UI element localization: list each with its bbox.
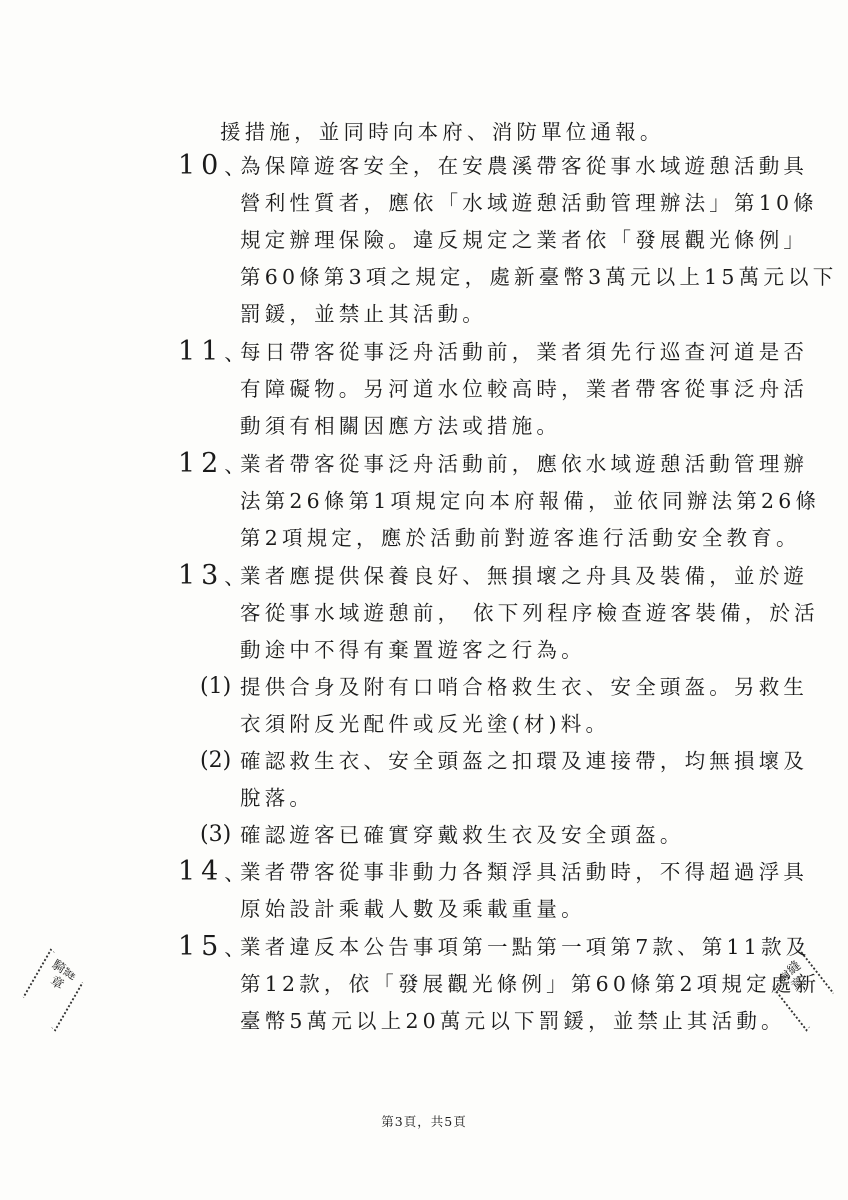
subitem-number: (2): [200, 747, 231, 775]
item-line: 法第26條第1項規定向本府報備，並依同辦法第26條: [240, 487, 820, 515]
subitem-number: (3): [200, 821, 231, 849]
item-line: 有障礙物。另河道水位較高時，業者帶客從事泛舟活: [240, 375, 808, 403]
item-line: 業者帶客從事泛舟活動前，應依水域遊憩活動管理辦: [240, 450, 808, 478]
subitem-line: 脫落。: [240, 784, 314, 812]
document-page: 援措施，並同時向本府、消防單位通報。 10、 為保障遊客安全，在安農溪帶客從事水…: [0, 0, 848, 1200]
item-line: 業者應提供保養良好、無損壞之舟具及裝備，並於遊: [240, 562, 808, 590]
subitem-line: 衣須附反光配件或反光塗(材)料。: [240, 710, 610, 738]
subitem-line: 確認遊客已確實穿戴救生衣及安全頭盔。: [240, 821, 685, 849]
item-line: 客從事水域遊憩前， 依下列程序檢查遊客裝備，於活: [240, 599, 819, 627]
subitem-line: 確認救生衣、安全頭盔之扣環及連接帶，均無損壞及: [240, 747, 808, 775]
item-line: 業者帶客從事非動力各類浮具活動時，不得超過浮具: [240, 858, 808, 886]
continuation-text: 援措施，並同時向本府、消防單位通報。: [220, 118, 665, 146]
page-footer: 第3頁，共5頁: [0, 1112, 848, 1130]
item-line: 原始設計乘載人數及乘載重量。: [240, 895, 586, 923]
item-line: 營利性質者，應依「水域遊憩活動管理辦法」第10條: [240, 189, 818, 217]
item-line: 第12款，依「發展觀光條例」第60條第2項規定處新: [240, 970, 820, 998]
item-line: 第60條第3項之規定，處新臺幣3萬元以上15萬元以下: [240, 263, 837, 291]
item-line: 臺幣5萬元以上20萬元以下罰鍰，並禁止其活動。: [240, 1007, 786, 1035]
item-line: 罰鍰，並禁止其活動。: [240, 300, 487, 328]
item-line: 動途中不得有棄置遊客之行為。: [240, 636, 586, 664]
subitem-number: (1): [200, 673, 231, 701]
item-line: 規定辦理保險。違反規定之業者依「發展觀光條例」: [240, 226, 808, 254]
item-line: 為保障遊客安全，在安農溪帶客從事水域遊憩活動具: [240, 152, 808, 180]
item-line: 業者違反本公告事項第一點第一項第7款、第11款及: [240, 933, 810, 961]
item-line: 每日帶客從事泛舟活動前，業者須先行巡查河道是否: [240, 338, 808, 366]
subitem-line: 提供合身及附有口哨合格救生衣、安全頭盔。另救生: [240, 673, 808, 701]
item-line: 動須有相關因應方法或措施。: [240, 412, 561, 440]
item-line: 第2項規定，應於活動前對遊客進行活動安全教育。: [240, 524, 801, 552]
